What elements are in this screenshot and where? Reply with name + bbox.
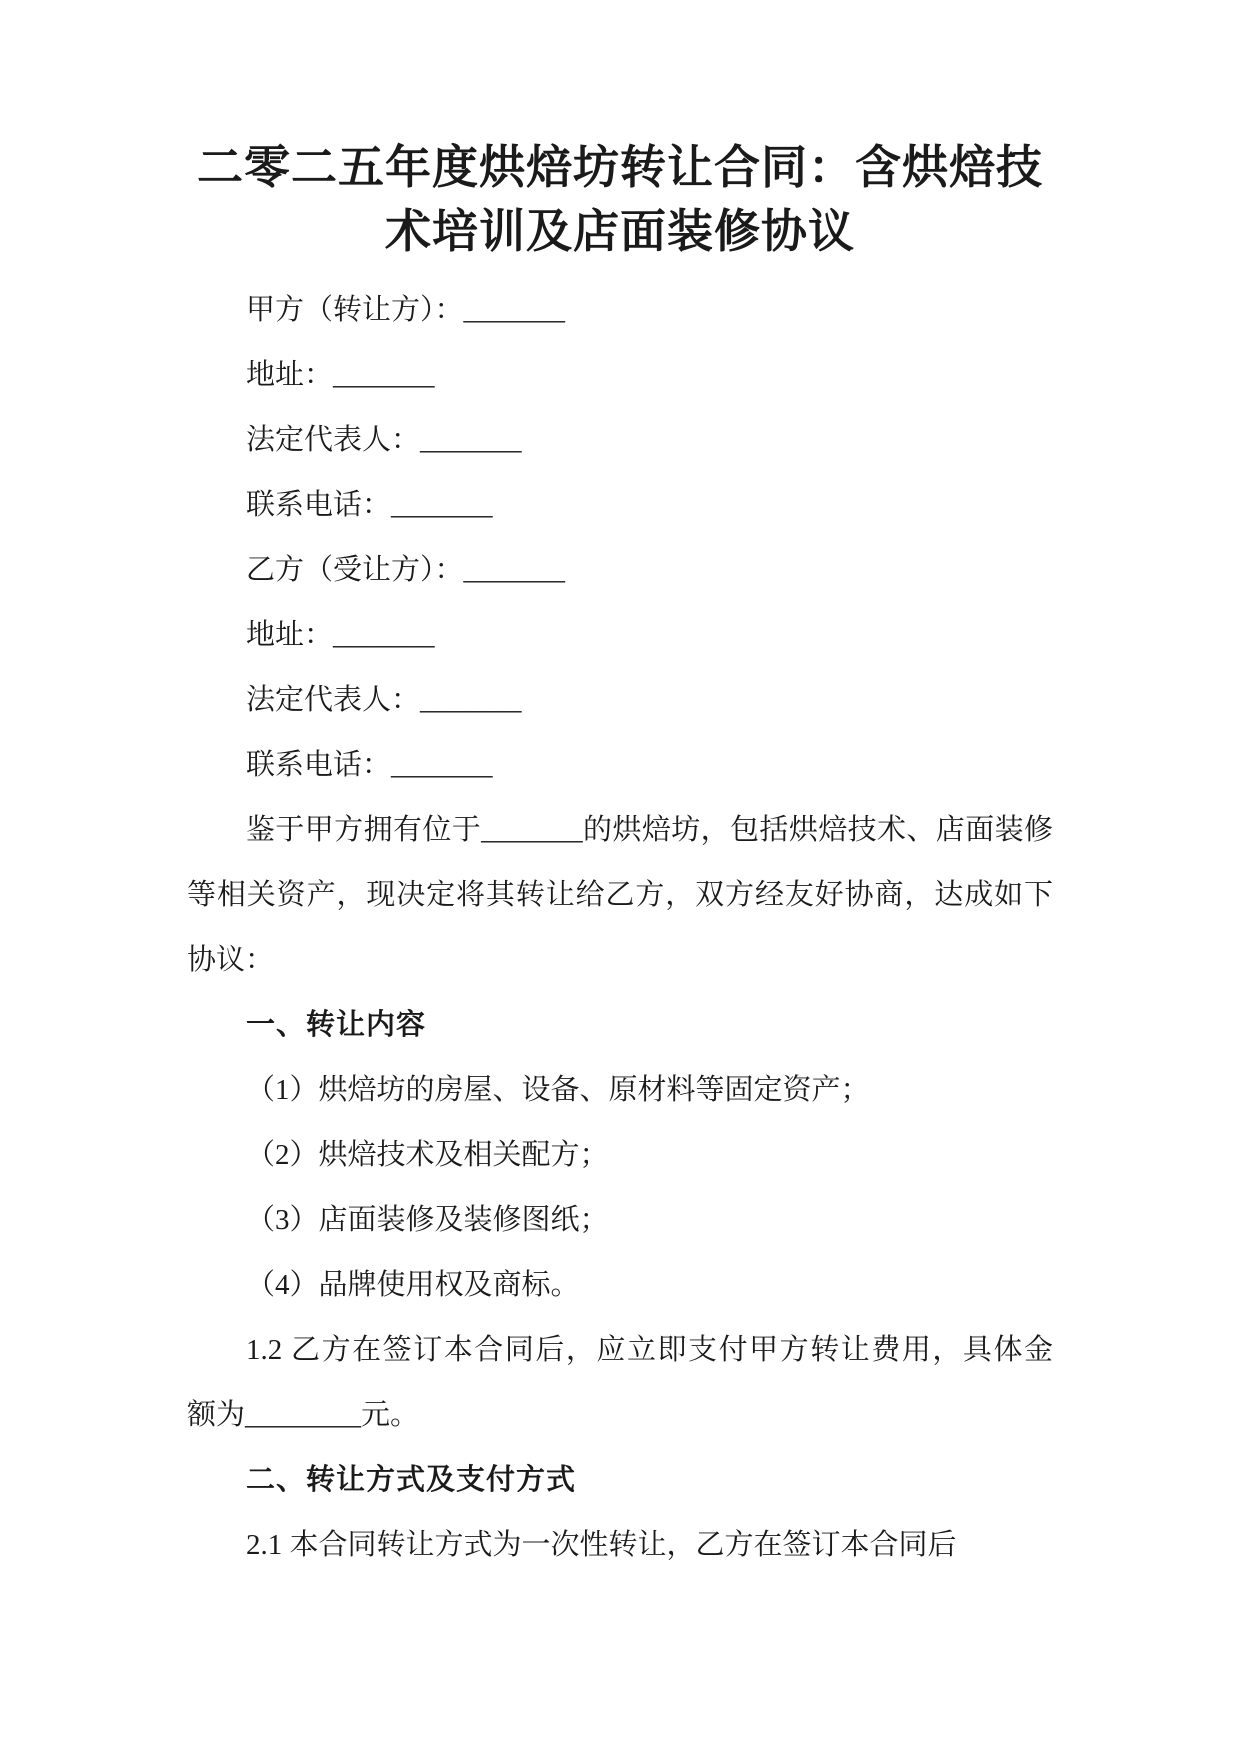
section-1-item-2: （2）烘焙技术及相关配方； [187, 1123, 1053, 1188]
section-1-item-3: （3）店面装修及装修图纸； [187, 1188, 1053, 1253]
party-b-phone-line: 联系电话：_______ [187, 733, 1053, 798]
section-1-heading: 一、转让内容 [187, 993, 1053, 1058]
party-a-phone-line: 联系电话：_______ [187, 473, 1053, 538]
section-2-heading: 二、转让方式及支付方式 [187, 1448, 1053, 1513]
title-line-1: 二零二五年度烘焙坊转让合同：含烘焙技 [168, 136, 1073, 200]
party-a-name-line: 甲方（转让方）：_______ [187, 278, 1053, 343]
title-line-2: 术培训及店面装修协议 [168, 200, 1073, 264]
document-title: 二零二五年度烘焙坊转让合同：含烘焙技 术培训及店面装修协议 [168, 0, 1073, 264]
party-b-name-line: 乙方（受让方）：_______ [187, 538, 1053, 603]
preamble-line-1: 鉴于甲方拥有位于_______的烘焙坊，包括烘焙技术、店面装修 [187, 798, 1053, 863]
section-1-item-4: （4）品牌使用权及商标。 [187, 1253, 1053, 1318]
contract-document-page: 二零二五年度烘焙坊转让合同：含烘焙技 术培训及店面装修协议 甲方（转让方）：__… [0, 0, 1240, 1753]
document-body: 甲方（转让方）：_______ 地址：_______ 法定代表人：_______… [187, 278, 1053, 1578]
clause-1-2-line-2: 额为________元。 [187, 1383, 1053, 1448]
section-1-item-1: （1）烘焙坊的房屋、设备、原材料等固定资产； [187, 1058, 1053, 1123]
party-a-address-line: 地址：_______ [187, 343, 1053, 408]
party-b-address-line: 地址：_______ [187, 603, 1053, 668]
clause-2-1-line-1: 2.1 本合同转让方式为一次性转让，乙方在签订本合同后 [187, 1513, 1053, 1578]
preamble-line-3: 协议： [187, 928, 1053, 993]
clause-1-2-line-1: 1.2 乙方在签订本合同后，应立即支付甲方转让费用，具体金 [187, 1318, 1053, 1383]
preamble-line-2: 等相关资产，现决定将其转让给乙方，双方经友好协商，达成如下 [187, 863, 1053, 928]
party-a-legal-rep-line: 法定代表人：_______ [187, 408, 1053, 473]
party-b-legal-rep-line: 法定代表人：_______ [187, 668, 1053, 733]
